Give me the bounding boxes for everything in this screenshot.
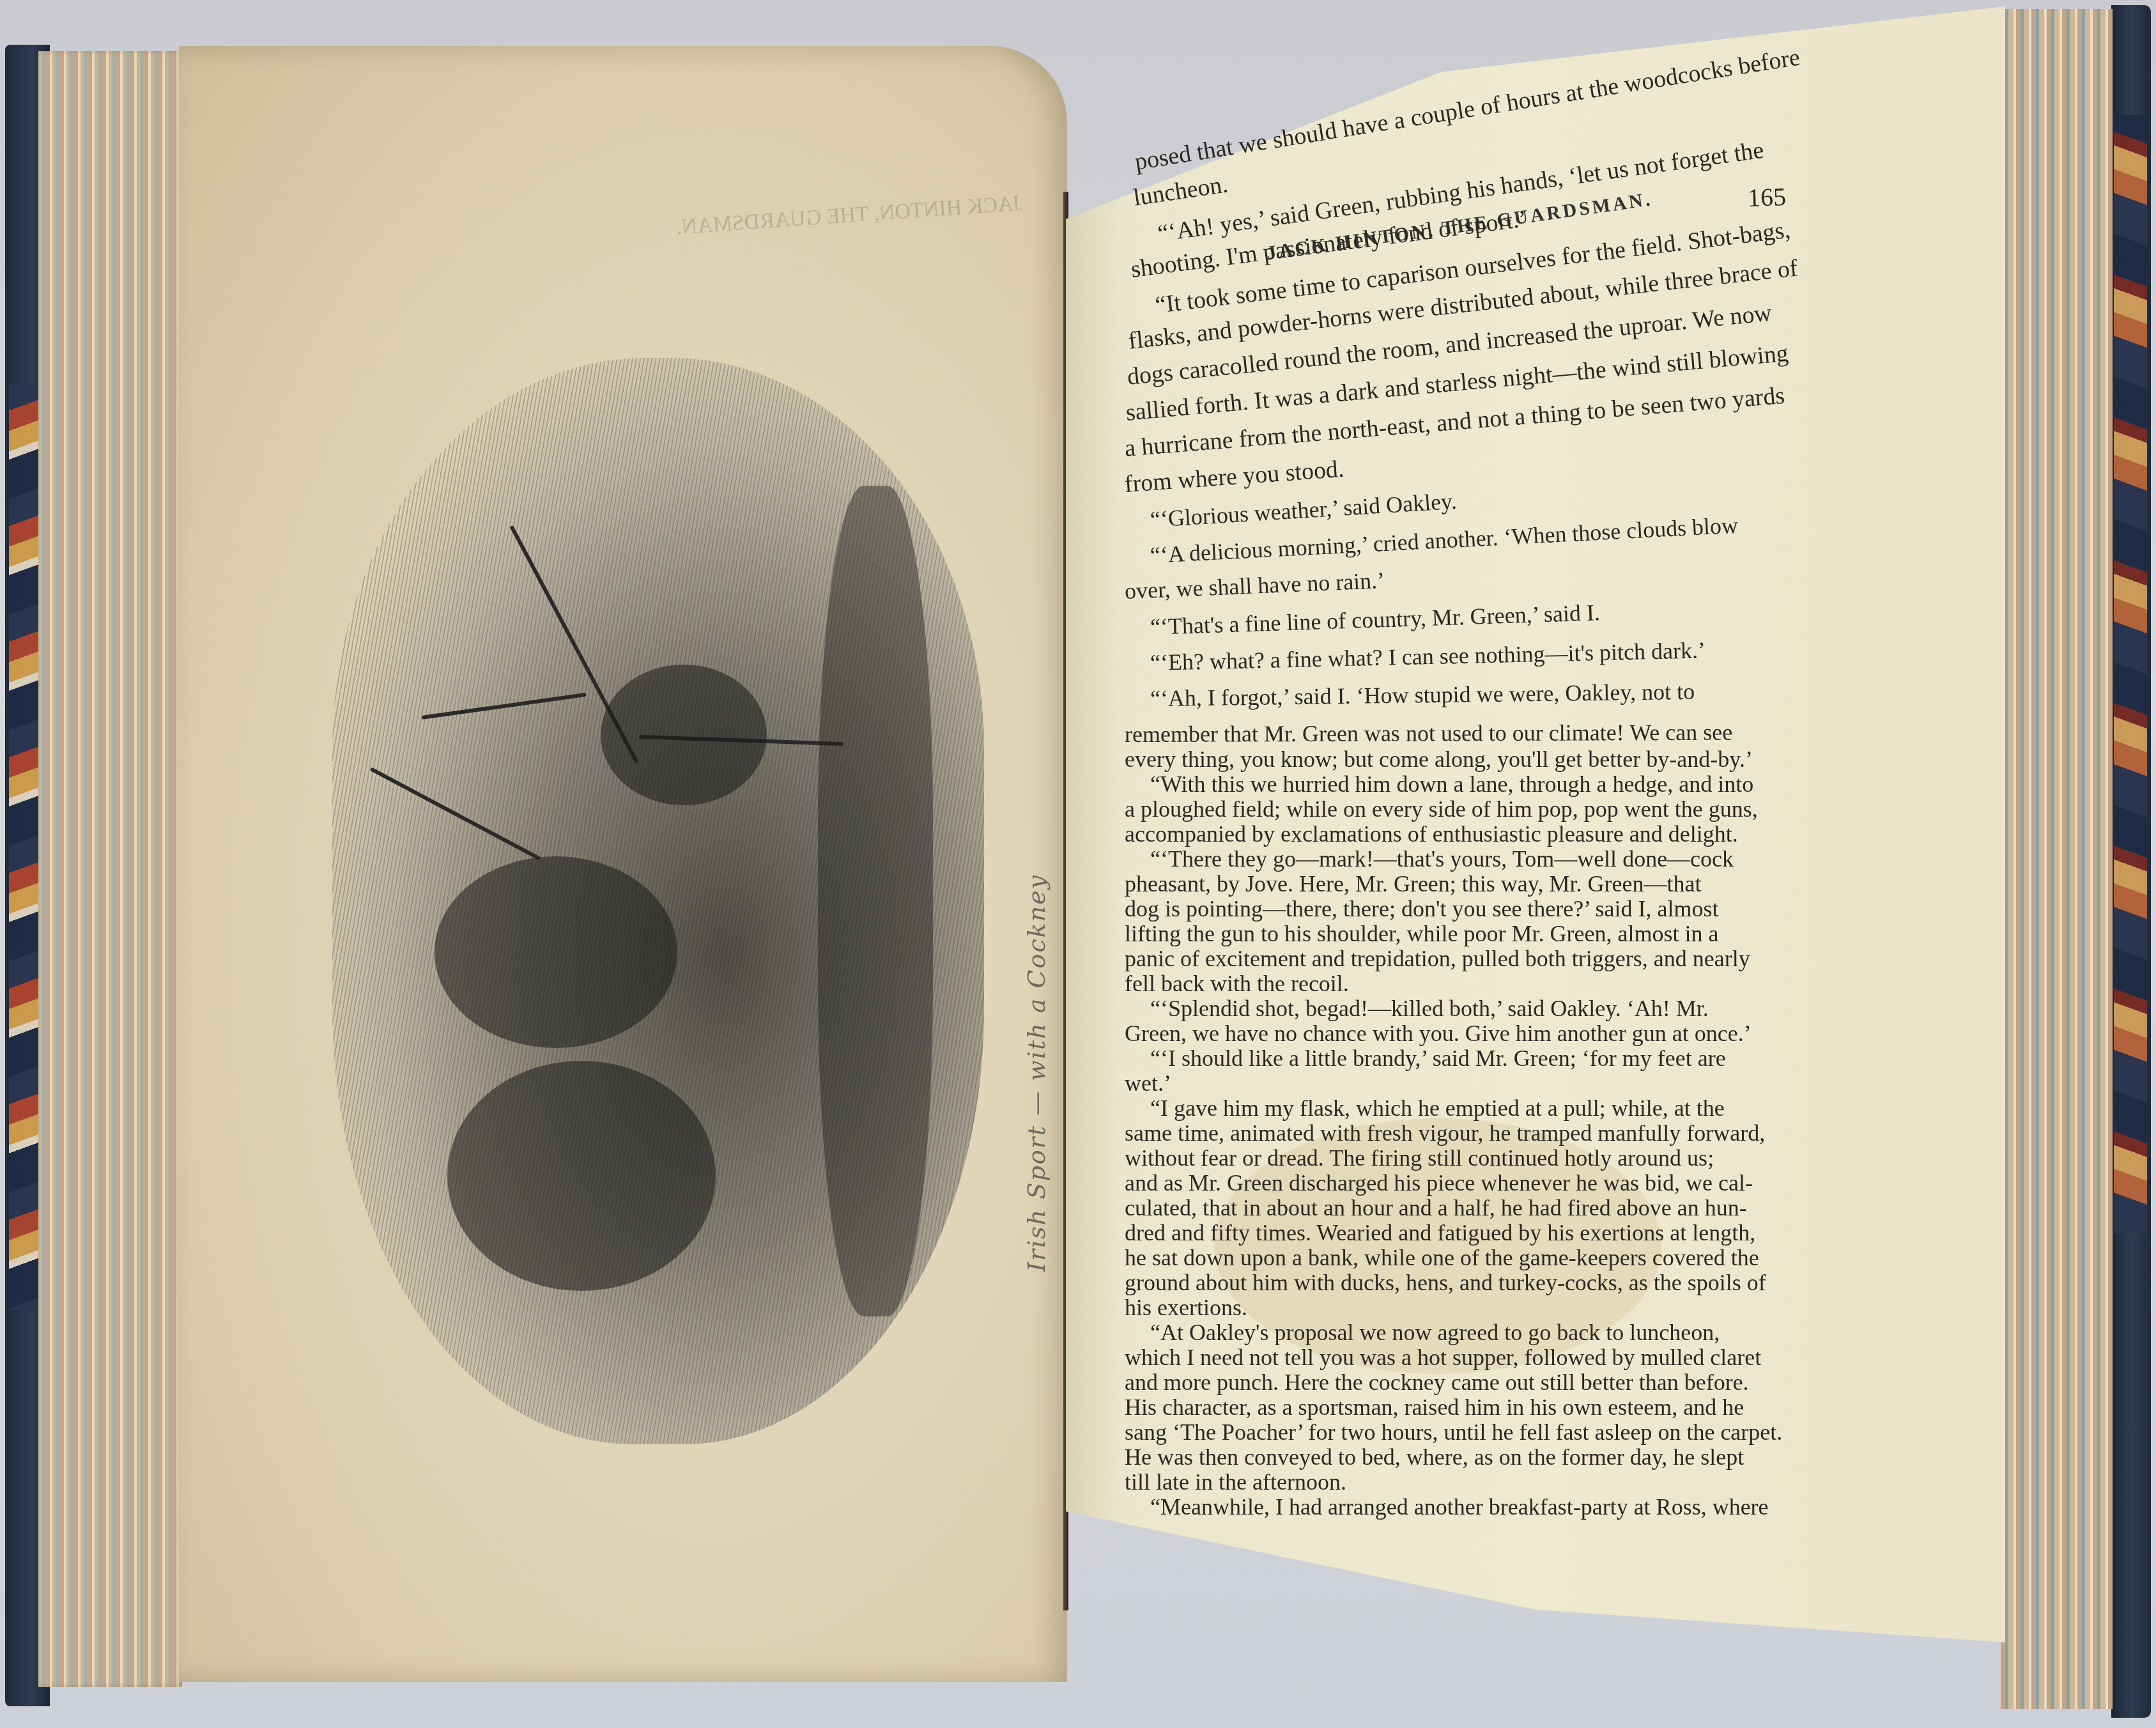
left-page-edges bbox=[38, 51, 182, 1687]
text-line: ground about him with ducks, hens, and t… bbox=[1125, 1269, 1802, 1296]
figure-group bbox=[435, 856, 677, 1048]
gun bbox=[370, 767, 541, 860]
text-line: same time, animated with fresh vigour, h… bbox=[1125, 1120, 1802, 1146]
text-line: Green, we have no chance with you. Give … bbox=[1125, 1020, 1802, 1047]
text-line: “‘Splendid shot, begad!—killed both,’ sa… bbox=[1150, 995, 1802, 1022]
text-line: fell back with the recoil. bbox=[1125, 970, 1802, 997]
text-line: “‘There they go—mark!—that's yours, Tom—… bbox=[1150, 845, 1802, 872]
text-line: remember that Mr. Green was not used to … bbox=[1125, 718, 1802, 748]
hedge bbox=[818, 486, 933, 1316]
text-line: accompanied by exclamations of enthusias… bbox=[1125, 821, 1802, 847]
plate-caption: Irish Sport — with a Cockney bbox=[1003, 645, 1042, 1284]
text-line: every thing, you know; but come along, y… bbox=[1125, 746, 1802, 773]
text-line: He was then conveyed to bed, where, as o… bbox=[1125, 1444, 1802, 1470]
text-line: till late in the afternoon. bbox=[1125, 1469, 1802, 1495]
text-line: dred and fifty times. Wearied and fatigu… bbox=[1125, 1219, 1802, 1246]
text-line: panic of excitement and trepidation, pul… bbox=[1125, 945, 1802, 972]
text-line: a ploughed field; while on every side of… bbox=[1125, 796, 1802, 822]
gun bbox=[422, 693, 587, 720]
text-line: without fear or dread. The firing still … bbox=[1125, 1145, 1802, 1171]
right-page-edges bbox=[2001, 9, 2113, 1709]
book-photograph: JACK HINTON, THE GUARDSMAN. Irish Sport … bbox=[0, 0, 2156, 1728]
text-line: “‘I should like a little brandy,’ said M… bbox=[1150, 1045, 1802, 1072]
left-marbled-endpaper bbox=[9, 383, 40, 1310]
engraving-plate bbox=[332, 358, 984, 1444]
text-line: dog is pointing—there, there; don't you … bbox=[1125, 895, 1802, 922]
figure-group bbox=[601, 665, 767, 805]
text-line: “With this we hurried him down a lane, t… bbox=[1150, 771, 1802, 798]
text-line: he sat down upon a bank, while one of th… bbox=[1125, 1244, 1802, 1271]
plate-caption-text: Irish Sport — with a Cockney bbox=[1022, 874, 1051, 1272]
text-line: sang ‘The Poacher’ for two hours, until … bbox=[1125, 1419, 1802, 1446]
text-line: lifting the gun to his shoulder, while p… bbox=[1125, 920, 1802, 947]
text-line: and as Mr. Green discharged his piece wh… bbox=[1125, 1169, 1802, 1196]
text-line: “I gave him my flask, which he emptied a… bbox=[1150, 1095, 1802, 1122]
text-line: “Meanwhile, I had arranged another break… bbox=[1150, 1493, 1802, 1520]
text-line: and more punch. Here the cockney came ou… bbox=[1125, 1369, 1802, 1396]
right-marbled-endpaper bbox=[2114, 115, 2147, 1233]
text-line: pheasant, by Jove. Here, Mr. Green; this… bbox=[1125, 870, 1802, 897]
text-line: culated, that in about an hour and a hal… bbox=[1125, 1194, 1802, 1221]
text-line: His character, as a sportsman, raised hi… bbox=[1125, 1394, 1802, 1421]
text-line: “At Oakley's proposal we now agreed to g… bbox=[1150, 1319, 1802, 1346]
figure-group bbox=[447, 1061, 716, 1291]
text-line: his exertions. bbox=[1125, 1294, 1802, 1321]
text-line: which I need not tell you was a hot supp… bbox=[1125, 1344, 1802, 1371]
text-line: wet.’ bbox=[1125, 1070, 1802, 1097]
